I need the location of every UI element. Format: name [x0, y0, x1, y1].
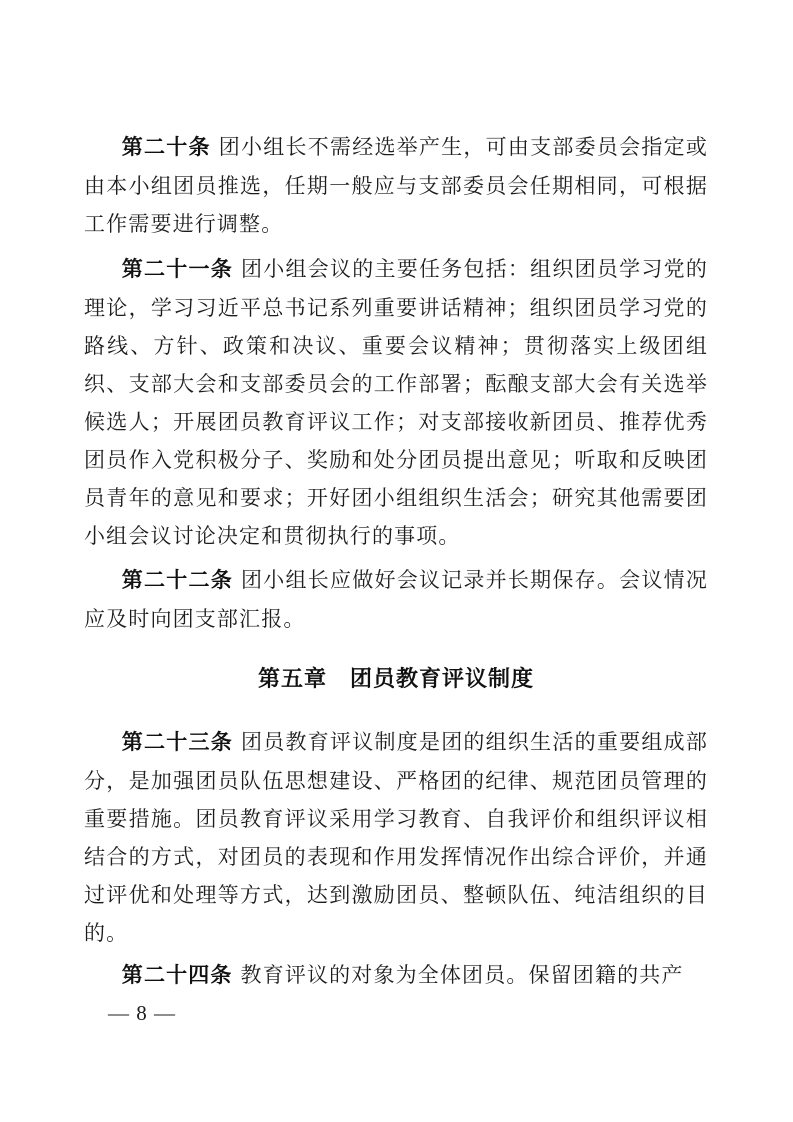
page-number-footer: — 8 — — [108, 994, 176, 1032]
article-23-number: 第二十三条 — [122, 731, 233, 754]
article-24-number: 第二十四条 — [122, 964, 233, 987]
article-24-paragraph: 第二十四条教育评议的对象为全体团员。保留团籍的共产 — [84, 956, 708, 995]
article-20-number: 第二十条 — [122, 136, 211, 159]
article-24-text: 教育评议的对象为全体团员。保留团籍的共产 — [241, 963, 684, 987]
article-20-paragraph: 第二十条团小组长不需经选举产生，可由支部委员会指定或由本小组团员推选，任期一般应… — [84, 128, 708, 243]
article-22-paragraph: 第二十二条团小组长应做好会议记录并长期保存。会议情况应及时向团支部汇报。 — [84, 561, 708, 638]
article-23-text: 团员教育评议制度是团的组织生活的重要组成部分，是加强团员队伍思想建设、严格团的纪… — [84, 730, 708, 945]
chapter-5-heading: 第五章 团员教育评议制度 — [84, 657, 708, 701]
article-21-number: 第二十一条 — [122, 258, 233, 281]
article-21-text: 团小组会议的主要任务包括：组织团员学习党的理论，学习习近平总书记系列重要讲话精神… — [84, 257, 708, 548]
document-page: 第二十条团小组长不需经选举产生，可由支部委员会指定或由本小组团员推选，任期一般应… — [0, 0, 793, 1122]
article-23-paragraph: 第二十三条团员教育评议制度是团的组织生活的重要组成部分，是加强团员队伍思想建设、… — [84, 723, 708, 952]
article-21-paragraph: 第二十一条团小组会议的主要任务包括：组织团员学习党的理论，学习习近平总书记系列重… — [84, 250, 708, 555]
article-22-number: 第二十二条 — [122, 569, 233, 592]
